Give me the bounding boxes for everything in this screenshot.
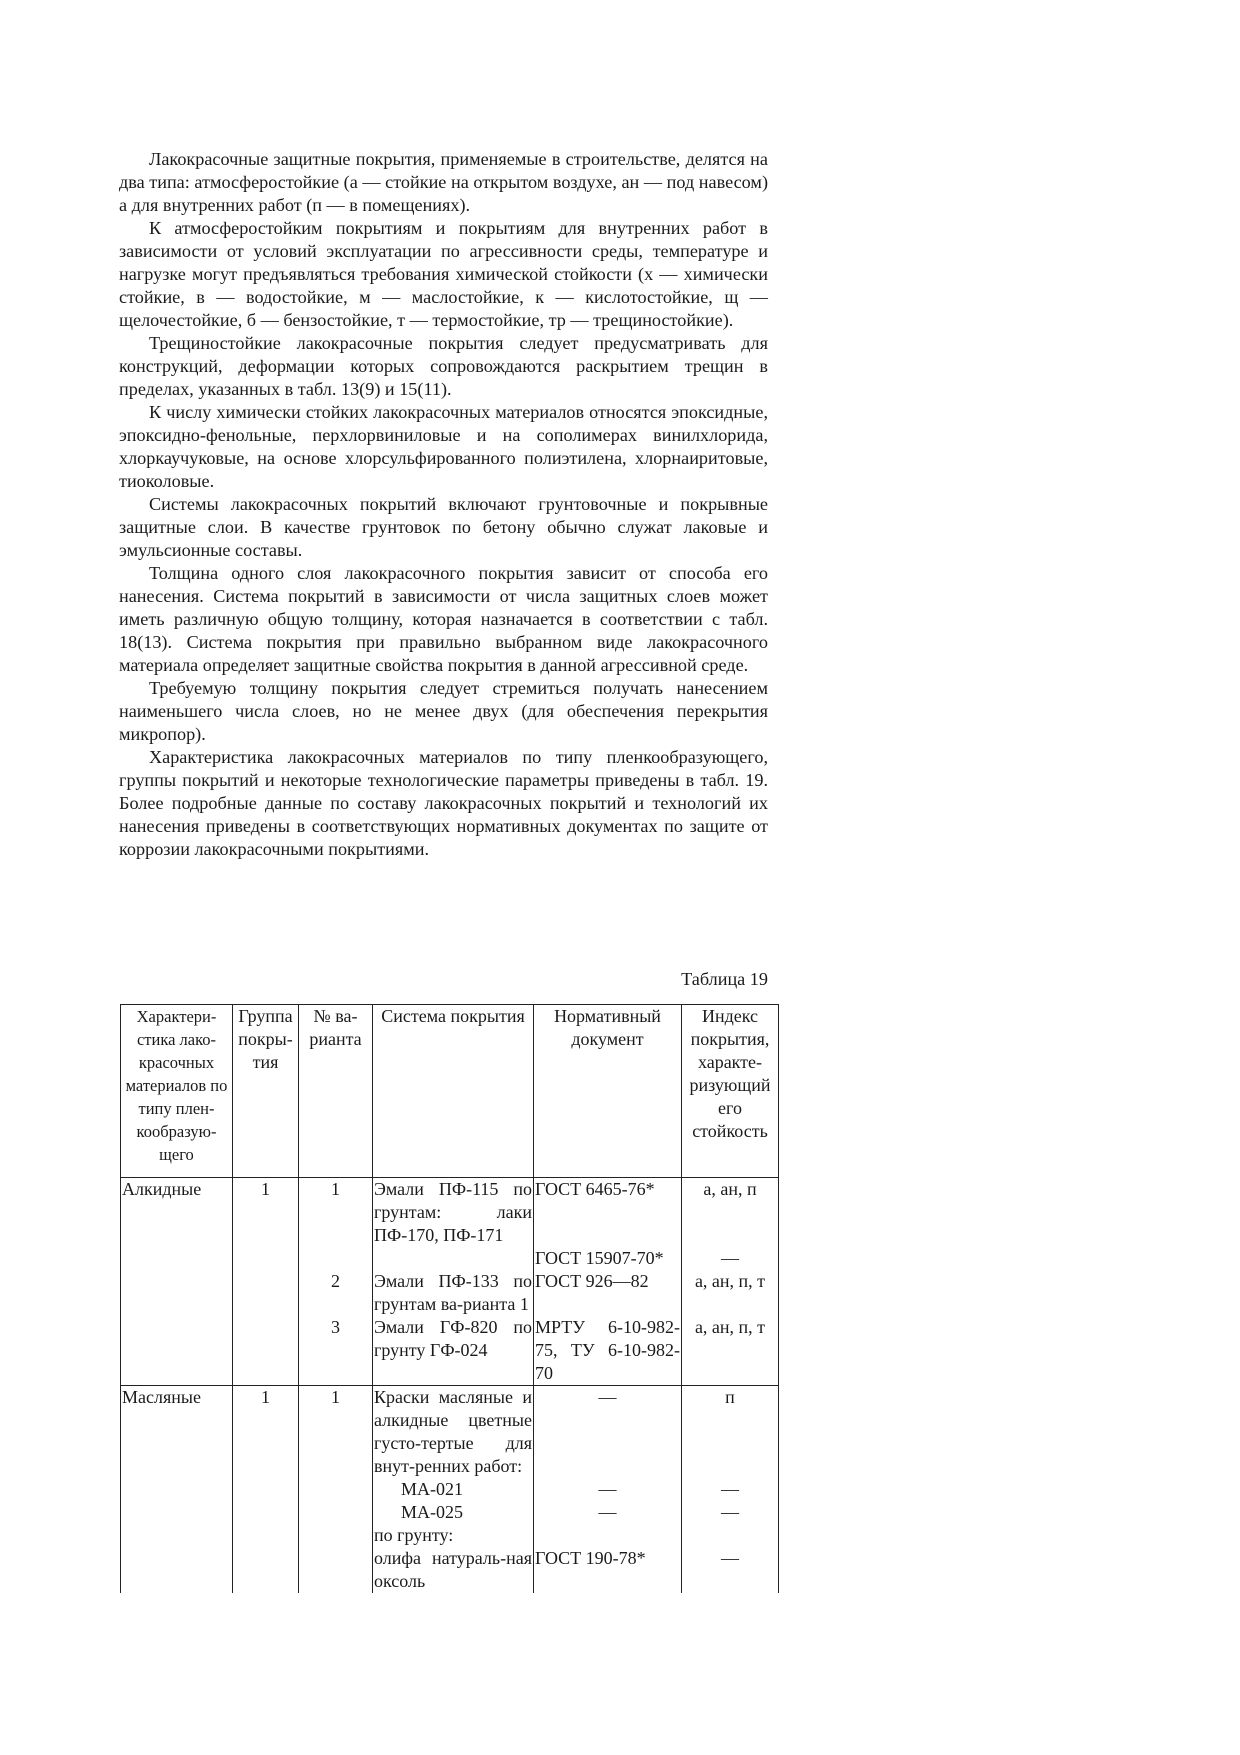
cell-index: а, ан, п, т <box>682 1270 779 1316</box>
table-caption: Таблица 19 <box>119 968 768 991</box>
paragraph: Характеристика лакокрасочных материалов … <box>119 746 768 861</box>
cell-material <box>121 1270 233 1316</box>
cell-variant <box>299 1501 373 1524</box>
cell-document: — <box>534 1501 682 1524</box>
table-row: ГОСТ 15907-70* — <box>121 1247 779 1270</box>
cell-group <box>233 1524 299 1547</box>
cell-group <box>233 1478 299 1501</box>
cell-index: — <box>682 1547 779 1593</box>
cell-material <box>121 1478 233 1501</box>
table-header-row: Характери-стика лако-красочных материало… <box>121 1005 779 1178</box>
cell-document: ГОСТ 15907-70* <box>534 1247 682 1270</box>
cell-material: Масляные <box>121 1386 233 1479</box>
cell-material <box>121 1501 233 1524</box>
cell-document <box>534 1524 682 1547</box>
cell-group <box>233 1501 299 1524</box>
paragraph: Лакокрасочные защитные покрытия, применя… <box>119 148 768 217</box>
table-row: Масляные 1 1 Краски масляные и алкидные … <box>121 1386 779 1479</box>
cell-variant: 3 <box>299 1316 373 1386</box>
coatings-table: Характери-стика лако-красочных материало… <box>120 1004 779 1593</box>
header-system: Система покрытия <box>373 1005 534 1178</box>
paragraph: Системы лакокрасочных покрытий включают … <box>119 493 768 562</box>
header-index: Индекс покрытия, характе-ризующий его ст… <box>682 1005 779 1178</box>
cell-group: 1 <box>233 1178 299 1248</box>
cell-group <box>233 1247 299 1270</box>
cell-index: а, ан, п <box>682 1178 779 1248</box>
cell-system <box>373 1247 534 1270</box>
cell-variant: 1 <box>299 1178 373 1248</box>
paragraph: Толщина одного слоя лакокрасочного покры… <box>119 562 768 677</box>
paragraph: Трещиностойкие лакокрасочные покрытия сл… <box>119 332 768 401</box>
table-row: МА-025 — — <box>121 1501 779 1524</box>
cell-material <box>121 1247 233 1270</box>
paragraph: К атмосферостойким покрытиям и покрытиям… <box>119 217 768 332</box>
table-row: по грунту: <box>121 1524 779 1547</box>
cell-variant: 1 <box>299 1386 373 1479</box>
cell-group: 1 <box>233 1386 299 1479</box>
cell-variant <box>299 1478 373 1501</box>
cell-system: по грунту: <box>373 1524 534 1547</box>
cell-group <box>233 1316 299 1386</box>
cell-document: ГОСТ 926—82 <box>534 1270 682 1316</box>
cell-system: Эмали ПФ-115 по грунтам: лаки ПФ-170, ПФ… <box>373 1178 534 1248</box>
cell-document: ГОСТ 190-78* <box>534 1547 682 1593</box>
paragraph: Требуемую толщину покрытия следует стрем… <box>119 677 768 746</box>
header-variant: № ва-рианта <box>299 1005 373 1178</box>
paragraph: К числу химически стойких лакокрасочных … <box>119 401 768 493</box>
cell-group <box>233 1547 299 1593</box>
cell-index: а, ан, п, т <box>682 1316 779 1386</box>
cell-system: МА-025 <box>373 1501 534 1524</box>
cell-material <box>121 1524 233 1547</box>
cell-material: Алкидные <box>121 1178 233 1248</box>
header-document: Нормативный документ <box>534 1005 682 1178</box>
table-row: 3 Эмали ГФ-820 по грунту ГФ-024 МРТУ 6-1… <box>121 1316 779 1386</box>
cell-document: ГОСТ 6465-76* <box>534 1178 682 1248</box>
cell-system: Эмали ГФ-820 по грунту ГФ-024 <box>373 1316 534 1386</box>
cell-index: — <box>682 1247 779 1270</box>
cell-material <box>121 1316 233 1386</box>
table-row: олифа натураль-ная оксоль ГОСТ 190-78* — <box>121 1547 779 1593</box>
cell-variant <box>299 1524 373 1547</box>
table-row: МА-021 — — <box>121 1478 779 1501</box>
cell-document: — <box>534 1478 682 1501</box>
table-row: Алкидные 1 1 Эмали ПФ-115 по грунтам: ла… <box>121 1178 779 1248</box>
cell-document: МРТУ 6-10-982-75, ТУ 6-10-982-70 <box>534 1316 682 1386</box>
table-row: 2 Эмали ПФ-133 по грунтам ва-рианта 1 ГО… <box>121 1270 779 1316</box>
cell-material <box>121 1547 233 1593</box>
cell-system: МА-021 <box>373 1478 534 1501</box>
cell-index: — <box>682 1478 779 1501</box>
cell-group <box>233 1270 299 1316</box>
cell-system: олифа натураль-ная оксоль <box>373 1547 534 1593</box>
cell-index: п <box>682 1386 779 1479</box>
cell-document: — <box>534 1386 682 1479</box>
header-material: Характери-стика лако-красочных материало… <box>121 1005 233 1178</box>
cell-system: Эмали ПФ-133 по грунтам ва-рианта 1 <box>373 1270 534 1316</box>
body-text: Лакокрасочные защитные покрытия, применя… <box>119 148 768 861</box>
cell-index <box>682 1524 779 1547</box>
cell-variant <box>299 1247 373 1270</box>
header-group: Группа покры-тия <box>233 1005 299 1178</box>
cell-variant: 2 <box>299 1270 373 1316</box>
cell-system: Краски масляные и алкидные цветные густо… <box>373 1386 534 1479</box>
cell-variant <box>299 1547 373 1593</box>
cell-index: — <box>682 1501 779 1524</box>
